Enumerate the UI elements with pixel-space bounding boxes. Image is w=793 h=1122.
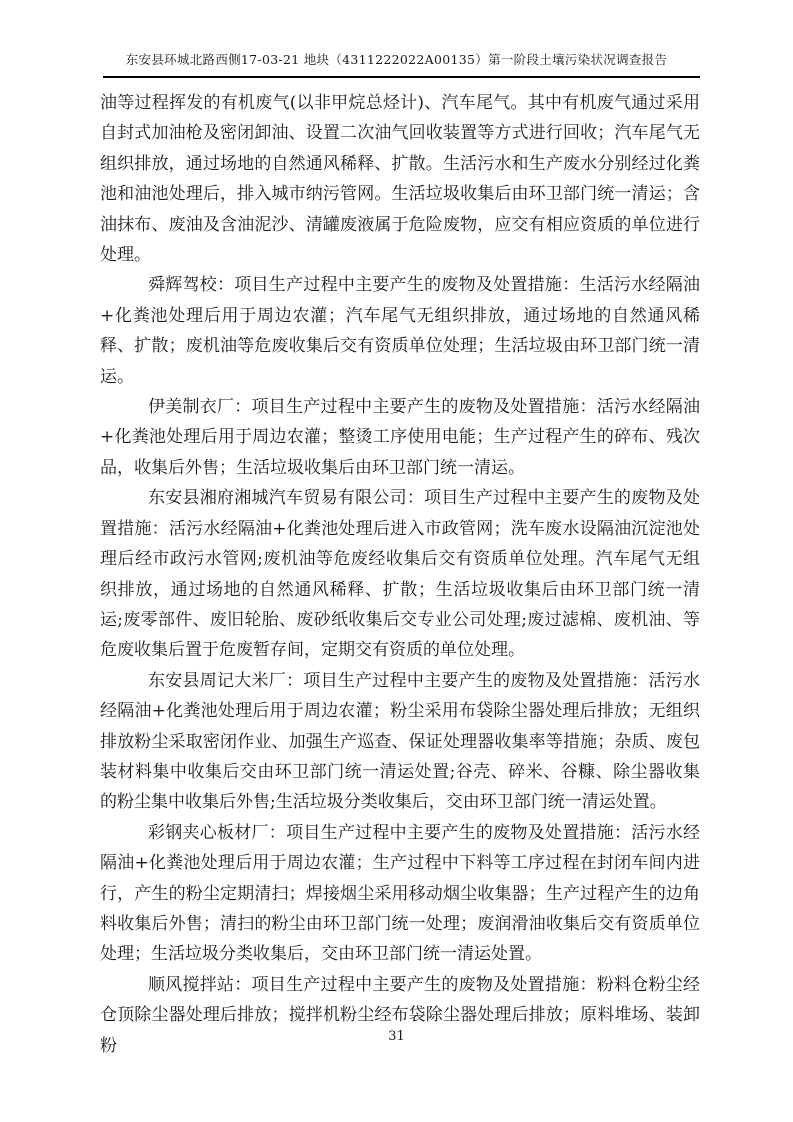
header-rule-divider bbox=[103, 76, 700, 78]
paragraph-color-steel-panel-factory: 彩钢夹心板材厂：项目生产过程中主要产生的废物及处置措施：活污水经隔油+化粪池处理… bbox=[100, 818, 700, 970]
document-page: 东安县环城北路西侧17-03-21 地块（4311222022A00135）第一… bbox=[0, 0, 793, 1122]
paragraph-continuation: 油等过程挥发的有机废气(以非甲烷总烃计)、汽车尾气。其中有机废气通过采用自封式加… bbox=[100, 88, 700, 270]
page-number: 31 bbox=[0, 1029, 793, 1044]
paragraph-shunhui-driving-school: 舜辉驾校：项目生产过程中主要产生的废物及处置措施：生活污水经隔油+化粪池处理后用… bbox=[100, 270, 700, 392]
paragraph-zhouji-rice-factory: 东安县周记大米厂：项目生产过程中主要产生的废物及处置措施：活污水经隔油+化粪池处… bbox=[100, 666, 700, 818]
paragraph-shunfeng-mixing-station: 顺风搅拌站：项目生产过程中主要产生的废物及处置措施：粉料仓粉尘经仓顶除尘器处理后… bbox=[100, 970, 700, 1061]
paragraph-xiangfu-xiangcheng-auto-trade: 东安县湘府湘城汽车贸易有限公司：项目生产过程中主要产生的废物及处置措施：活污水经… bbox=[100, 483, 700, 665]
paragraph-yimei-garment-factory: 伊美制衣厂：项目生产过程中主要产生的废物及处置措施：活污水经隔油+化粪池处理后用… bbox=[100, 392, 700, 483]
page-header-title: 东安县环城北路西侧17-03-21 地块（4311222022A00135）第一… bbox=[0, 51, 793, 69]
document-body: 油等过程挥发的有机废气(以非甲烷总烃计)、汽车尾气。其中有机废气通过采用自封式加… bbox=[100, 88, 700, 1061]
